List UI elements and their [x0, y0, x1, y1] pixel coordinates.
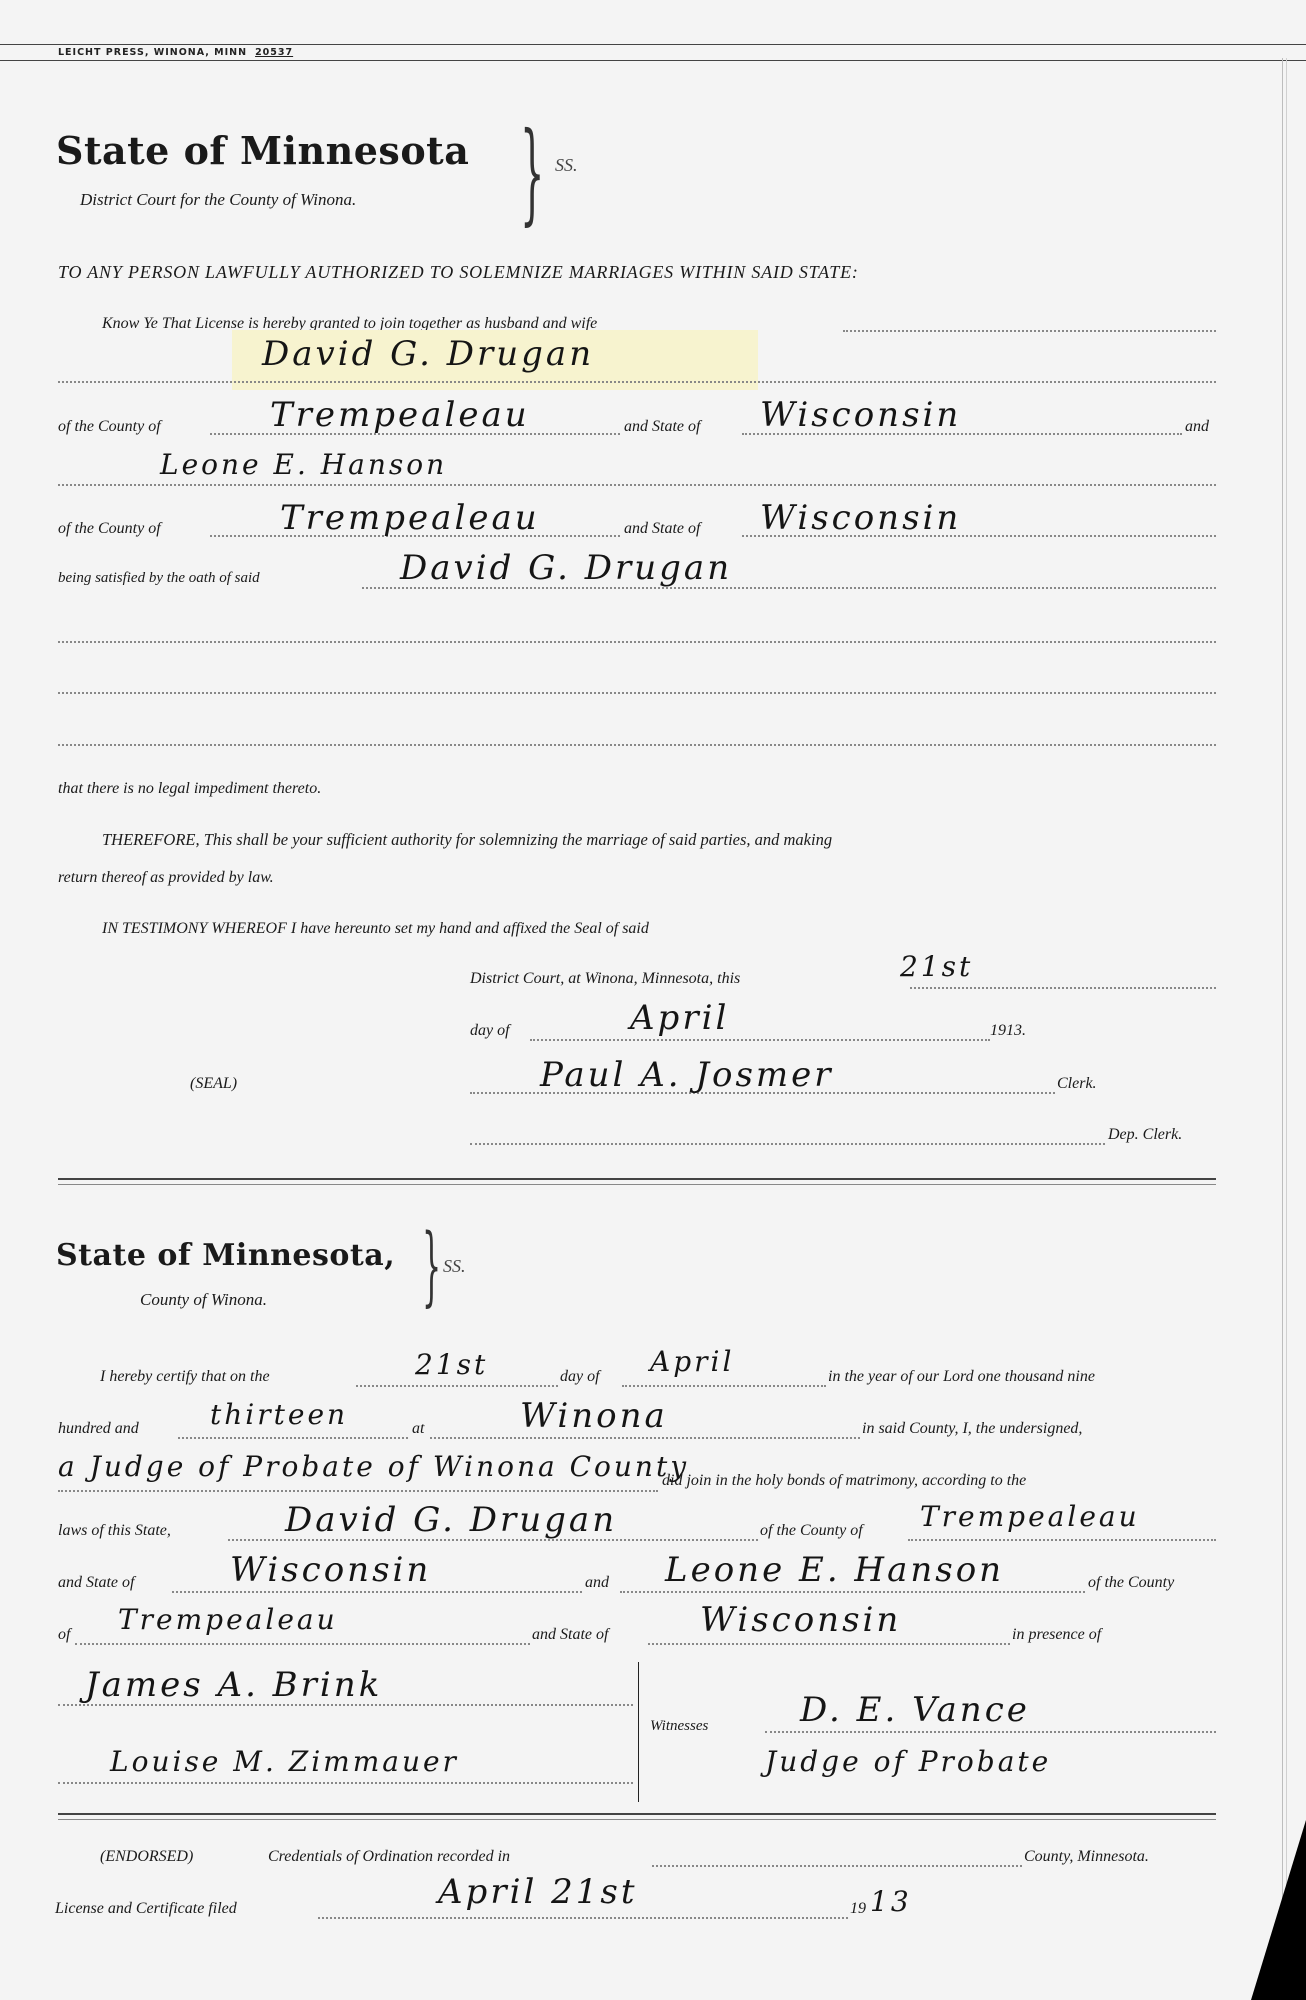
- certificate-month-handwritten: April: [650, 1345, 734, 1378]
- dotted-line: [178, 1437, 408, 1439]
- testimony-text: IN TESTIMONY WHEREOF I have hereunto set…: [102, 920, 649, 938]
- dotted-line: [910, 987, 1216, 989]
- endorsed-label: (ENDORSED): [100, 1848, 193, 1866]
- officiant-title-handwritten: a Judge of Probate of Winona County: [58, 1450, 689, 1483]
- certificate-groom-county-handwritten: Trempealeau: [920, 1500, 1140, 1533]
- license-year: 1913.: [990, 1022, 1026, 1040]
- dotted-line: [470, 1143, 1105, 1145]
- dotted-line: [58, 1782, 633, 1784]
- top-rule-lower: [0, 60, 1306, 61]
- at-label: at: [412, 1420, 424, 1438]
- certify-label: I hereby certify that on the: [100, 1368, 270, 1386]
- therefore-text-line2: return thereof as provided by law.: [58, 869, 274, 887]
- did-join-text: did join in the holy bonds of matrimony,…: [662, 1472, 1026, 1490]
- bride-name-handwritten: Leone E. Hanson: [160, 448, 447, 481]
- dotted-line: [652, 1865, 1022, 1867]
- place-handwritten: Winona: [520, 1396, 668, 1436]
- of-the-county-label: of the County of: [58, 418, 161, 436]
- certificate-groom-state-handwritten: Wisconsin: [230, 1550, 431, 1590]
- bride-county-handwritten: Trempealeau: [280, 498, 540, 538]
- dotted-line: [75, 1643, 530, 1645]
- dotted-line: [620, 1591, 1085, 1593]
- oath-name-handwritten: David G. Drugan: [400, 548, 732, 588]
- certificate-day-handwritten: 21st: [415, 1348, 488, 1381]
- license-ss: SS.: [555, 155, 578, 176]
- county-minnesota-label: County, Minnesota.: [1024, 1848, 1149, 1866]
- court-at-text: District Court, at Winona, Minnesota, th…: [470, 970, 740, 988]
- officiant-signature-title-handwritten: Judge of Probate: [765, 1745, 1051, 1778]
- credentials-label: Credentials of Ordination recorded in: [268, 1848, 510, 1866]
- dotted-line: [172, 1591, 582, 1593]
- laws-label: laws of this State,: [58, 1522, 171, 1540]
- license-state-heading: State of Minnesota: [56, 128, 469, 173]
- dotted-line: [356, 1385, 558, 1387]
- of-the-county-label: of the County of: [58, 520, 161, 538]
- printer-imprint: LEICHT PRESS, WINONA, MINN20537: [58, 47, 293, 58]
- dotted-line: [58, 1490, 658, 1492]
- form-number: 20537: [255, 47, 293, 58]
- seal-label: (SEAL): [190, 1075, 237, 1093]
- dotted-line: [58, 641, 1216, 643]
- license-month-handwritten: April: [630, 998, 729, 1038]
- filed-year-suffix-handwritten: 13: [870, 1885, 912, 1918]
- bride-state-handwritten: Wisconsin: [760, 498, 961, 538]
- brace-icon: }: [422, 1216, 441, 1316]
- dotted-line: [58, 381, 1216, 383]
- dotted-line: [648, 1643, 1010, 1645]
- groom-name-handwritten: David G. Drugan: [262, 334, 594, 374]
- day-of-label: day of: [560, 1368, 600, 1386]
- dotted-line: [843, 330, 1216, 332]
- section-divider: [58, 1178, 1216, 1185]
- certificate-bride-state-handwritten: Wisconsin: [700, 1600, 901, 1640]
- license-court-subheading: District Court for the County of Winona.: [80, 190, 356, 210]
- printer-name: LEICHT PRESS, WINONA, MINN: [58, 47, 247, 58]
- dep-clerk-label: Dep. Clerk.: [1108, 1126, 1182, 1144]
- officiant-signature-handwritten: D. E. Vance: [800, 1690, 1030, 1730]
- certificate-groom-name-handwritten: David G. Drugan: [285, 1500, 617, 1540]
- filed-label: License and Certificate filed: [55, 1900, 237, 1918]
- top-rule: [0, 44, 1306, 45]
- groom-county-handwritten: Trempealeau: [270, 395, 530, 435]
- witnesses-label: Witnesses: [650, 1718, 708, 1735]
- of-label: of: [58, 1626, 70, 1644]
- groom-state-handwritten: Wisconsin: [760, 395, 961, 435]
- witness-bracket: [638, 1662, 639, 1802]
- right-border-inner: [1286, 58, 1287, 2000]
- and-state-of-label: and State of: [624, 520, 700, 538]
- witness-1-handwritten: James A. Brink: [85, 1665, 382, 1705]
- dotted-line: [58, 744, 1216, 746]
- oath-label: being satisfied by the oath of said: [58, 570, 260, 587]
- filed-date-handwritten: April 21st: [438, 1872, 638, 1912]
- no-impediment-text: that there is no legal impediment theret…: [58, 780, 321, 798]
- clerk-label: Clerk.: [1057, 1075, 1097, 1093]
- and-label: and: [1185, 418, 1209, 436]
- brace-icon: }: [520, 108, 545, 236]
- and-state-of-label: and State of: [532, 1626, 608, 1644]
- certificate-state-heading: State of Minnesota,: [56, 1238, 395, 1273]
- and-state-of-label: and State of: [58, 1574, 134, 1592]
- license-address-line: TO ANY PERSON LAWFULLY AUTHORIZED TO SOL…: [58, 262, 859, 283]
- hundred-and-label: hundred and: [58, 1420, 139, 1438]
- certificate-bride-name-handwritten: Leone E. Hanson: [665, 1550, 1004, 1590]
- right-border: [1282, 58, 1283, 2000]
- clerk-signature-handwritten: Paul A. Josmer: [540, 1055, 834, 1095]
- day-of-label: day of: [470, 1022, 510, 1040]
- dotted-line: [622, 1385, 826, 1387]
- year-word-handwritten: thirteen: [210, 1398, 348, 1431]
- dotted-line: [765, 1731, 1216, 1733]
- of-the-county-label: of the County of: [760, 1522, 863, 1540]
- witness-2-handwritten: Louise M. Zimmauer: [110, 1745, 459, 1778]
- dotted-line: [908, 1539, 1216, 1541]
- therefore-text-line1: THEREFORE, This shall be your sufficient…: [102, 830, 832, 850]
- certificate-ss: SS.: [443, 1256, 466, 1277]
- dotted-line: [430, 1437, 860, 1439]
- dotted-line: [318, 1917, 848, 1919]
- year-of-lord-text: in the year of our Lord one thousand nin…: [828, 1368, 1095, 1386]
- certificate-county-subheading: County of Winona.: [140, 1290, 267, 1310]
- dotted-line: [58, 484, 1216, 486]
- marriage-license-document: LEICHT PRESS, WINONA, MINN20537 State of…: [0, 0, 1306, 2000]
- section-divider: [58, 1813, 1216, 1820]
- scan-corner-shadow: [1251, 1820, 1306, 2000]
- in-said-county-text: in said County, I, the undersigned,: [862, 1420, 1082, 1438]
- certificate-bride-county-handwritten: Trempealeau: [118, 1603, 338, 1636]
- of-the-county-label-2: of the County: [1088, 1574, 1174, 1592]
- in-presence-of-text: in presence of: [1012, 1626, 1101, 1644]
- dotted-line: [530, 1039, 990, 1041]
- dotted-line: [58, 692, 1216, 694]
- and-state-of-label: and State of: [624, 418, 700, 436]
- and-label: and: [585, 1574, 609, 1592]
- filed-year-prefix: 19: [850, 1900, 866, 1918]
- license-day-handwritten: 21st: [900, 950, 973, 983]
